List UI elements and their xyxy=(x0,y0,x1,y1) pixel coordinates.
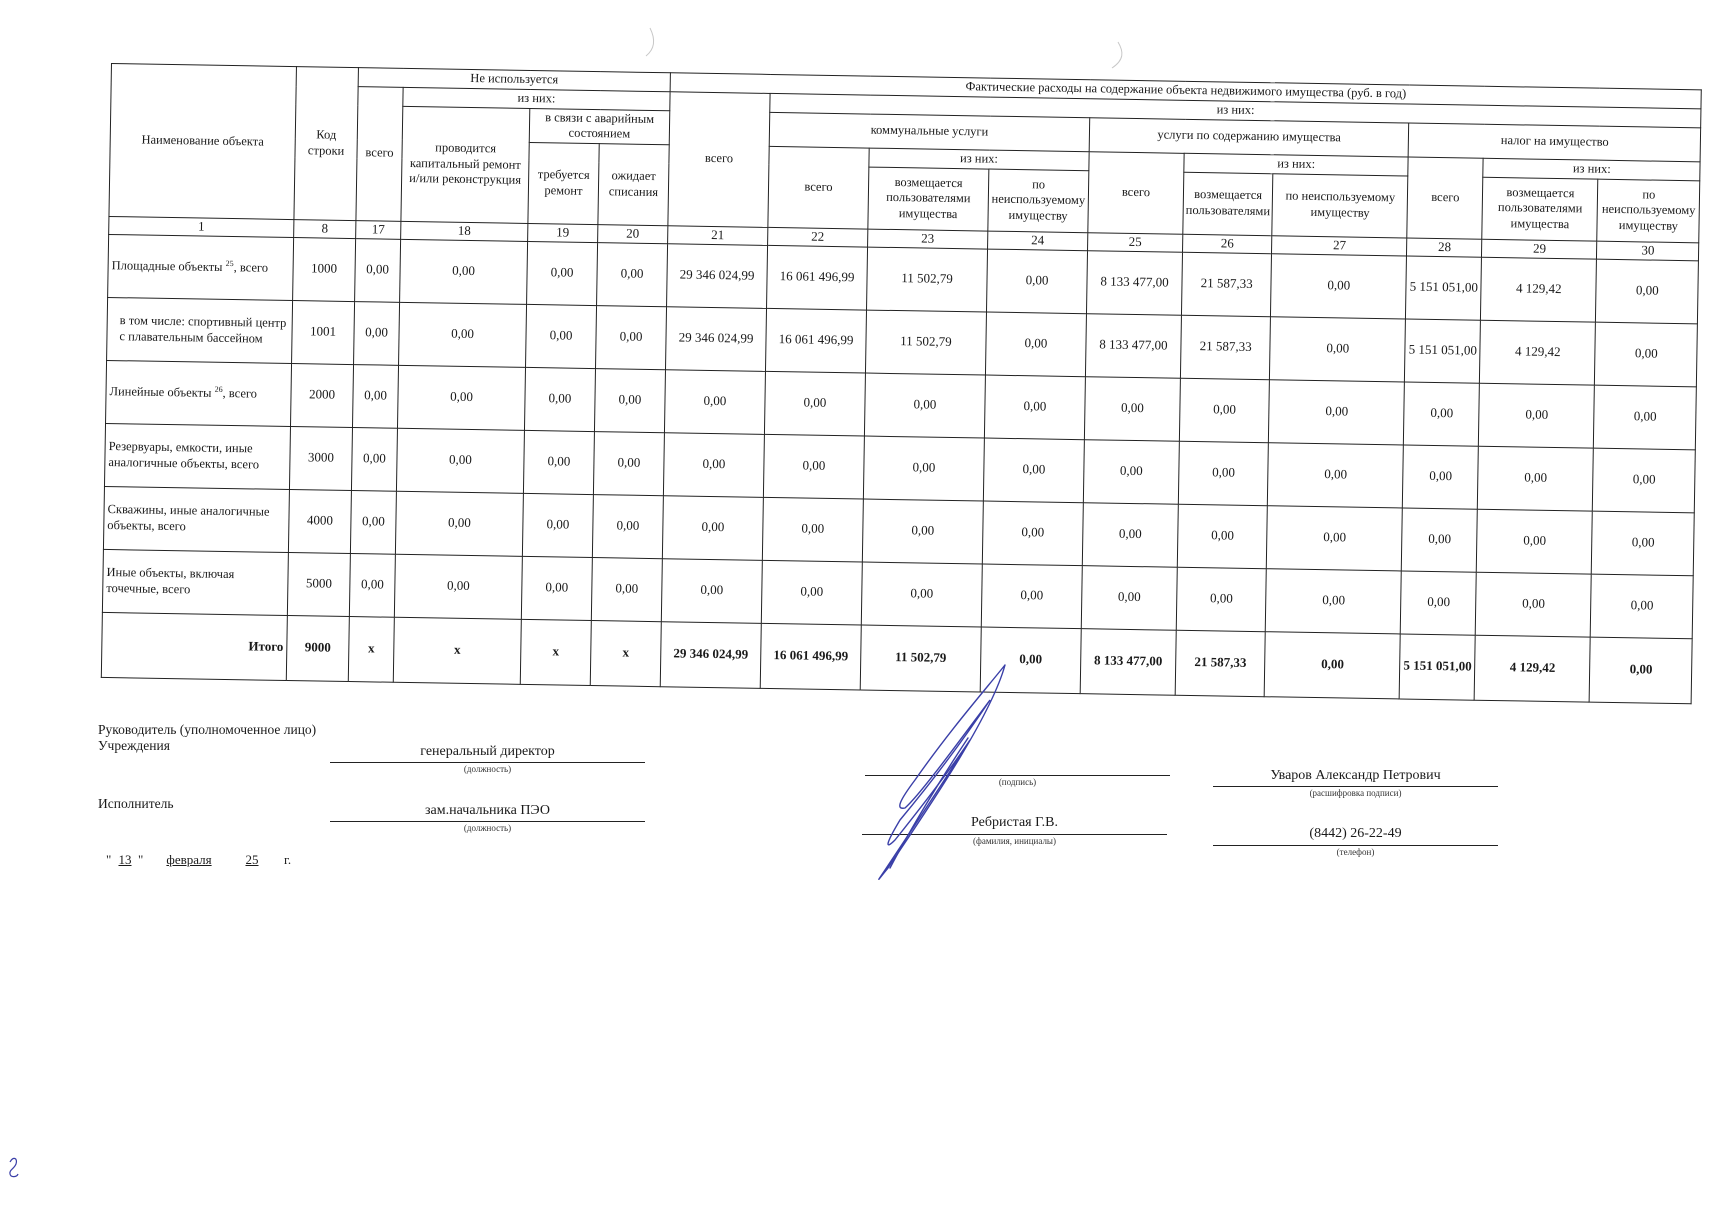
object-name-cell: Резервуары, емкости, иные аналогичные об… xyxy=(104,423,290,489)
value-cell: 0,00 xyxy=(1595,322,1698,387)
executor-phone: (8442) 26-22-49 xyxy=(1213,826,1498,842)
value-cell: 0,00 xyxy=(526,304,597,368)
value-cell: 16 061 496,99 xyxy=(765,308,866,373)
line-code: 5000 xyxy=(287,552,350,616)
value-cell: 0,00 xyxy=(761,560,862,625)
column-number: 26 xyxy=(1183,234,1273,253)
object-name-cell: Скважины, иные аналогичные объекты, всег… xyxy=(103,486,289,552)
line-code: 3000 xyxy=(289,426,352,490)
value-cell: 0,00 xyxy=(662,495,763,560)
head-label-line2: Учреждения xyxy=(98,738,170,754)
object-name: в том числе: спортивный центр с плавател… xyxy=(119,313,286,345)
column-number: 20 xyxy=(598,224,668,243)
column-number: 28 xyxy=(1407,238,1482,257)
value-cell: 0,00 xyxy=(1403,444,1479,508)
executor-name-line xyxy=(862,834,1167,835)
property-expenses-table: Наименование объекта Код строки Не испол… xyxy=(101,63,1702,704)
header-capital-repair: проводится капитальный ремонт и/или реко… xyxy=(401,106,530,223)
header-utilities: коммунальные услуги xyxy=(769,112,1090,152)
header-awaits-writeoff: ожидает списания xyxy=(598,143,669,225)
header-tax-reimbursed: возмещается пользователями имущества xyxy=(1482,177,1598,241)
object-name-suffix: , всего xyxy=(234,260,269,275)
header-costs-total: всего xyxy=(668,92,770,227)
header-utilities-total: всего xyxy=(768,146,869,228)
value-cell: 0,00 xyxy=(1593,448,1696,513)
value-cell: 0,00 xyxy=(763,434,864,499)
value-cell: 0,00 xyxy=(1271,253,1407,318)
total-value-cell: x xyxy=(590,620,661,686)
header-object-name: Наименование объекта xyxy=(109,64,297,220)
value-cell: 0,00 xyxy=(1477,509,1593,574)
object-name-cell: Иные объекты, включая точечные, всего xyxy=(102,549,288,615)
line-code: 4000 xyxy=(288,489,351,553)
value-cell: 0,00 xyxy=(354,301,400,365)
report-table-wrapper: Наименование объекта Код строки Не испол… xyxy=(101,63,1702,704)
object-name-suffix: , всего xyxy=(222,386,257,401)
value-cell: 8 133 477,00 xyxy=(1086,250,1182,315)
total-value-cell: 8 133 477,00 xyxy=(1080,628,1176,695)
value-cell: 0,00 xyxy=(349,553,395,617)
executor-position-line xyxy=(330,821,645,822)
value-cell: 0,00 xyxy=(592,494,663,558)
value-cell: 0,00 xyxy=(661,558,762,623)
value-cell: 5 151 051,00 xyxy=(1406,256,1482,320)
total-value-cell: x xyxy=(520,619,591,685)
header-tax-unused: по неиспользуемому имуществу xyxy=(1597,179,1700,243)
table-body: Площадные объекты 25, всего10000,000,000… xyxy=(101,234,1699,703)
column-number: 24 xyxy=(988,231,1088,251)
value-cell: 0,00 xyxy=(1082,502,1178,567)
value-cell: 0,00 xyxy=(1081,565,1177,630)
total-value-cell: 0,00 xyxy=(1265,631,1401,698)
total-value-cell: 21 587,33 xyxy=(1175,630,1265,696)
value-cell: 29 346 024,99 xyxy=(665,306,766,371)
total-value-cell: 5 151 051,00 xyxy=(1400,633,1476,699)
column-number: 18 xyxy=(401,221,528,241)
header-emergency: в связи с аварийным состоянием xyxy=(529,108,670,145)
head-position-line xyxy=(330,762,645,763)
value-cell: 11 502,79 xyxy=(867,247,988,312)
executor-phone-caption: (телефон) xyxy=(1213,847,1498,857)
column-number: 8 xyxy=(294,219,356,238)
header-tax-total: всего xyxy=(1407,157,1483,239)
executor-name: Ребристая Г.В. xyxy=(862,815,1167,831)
head-position-caption: (должность) xyxy=(330,764,645,774)
value-cell: 21 587,33 xyxy=(1180,315,1270,379)
object-name: Резервуары, емкости, иные аналогичные об… xyxy=(108,439,259,471)
value-cell: 0,00 xyxy=(594,368,665,432)
date-close-quote: " xyxy=(138,852,143,868)
value-cell: 0,00 xyxy=(762,497,863,562)
value-cell: 0,00 xyxy=(1592,511,1695,576)
value-cell: 0,00 xyxy=(1596,259,1699,324)
line-code: 2000 xyxy=(291,363,354,427)
total-value-cell: 0,00 xyxy=(980,627,1081,694)
value-cell: 0,00 xyxy=(983,438,1084,503)
object-name: Иные объекты, включая точечные, всего xyxy=(106,565,234,596)
executor-label: Исполнитель xyxy=(98,796,174,812)
head-name-caption: (расшифровка подписи) xyxy=(1213,788,1498,798)
value-cell: 21 587,33 xyxy=(1181,252,1271,316)
head-signature-caption: (подпись) xyxy=(865,777,1170,787)
column-number: 19 xyxy=(528,223,598,242)
value-cell: 0,00 xyxy=(864,373,985,438)
value-cell: 0,00 xyxy=(1594,385,1697,450)
total-line-code: 9000 xyxy=(286,615,349,681)
value-cell: 0,00 xyxy=(593,431,664,495)
value-cell: 0,00 xyxy=(524,367,595,431)
column-number: 17 xyxy=(356,220,401,239)
head-label-line1: Руководитель (уполномоченное лицо) xyxy=(98,722,316,738)
header-needs-repair: требуется ремонт xyxy=(528,142,599,224)
value-cell: 0,00 xyxy=(522,493,593,557)
value-cell: 29 346 024,99 xyxy=(667,243,768,308)
executor-phone-line xyxy=(1213,845,1498,846)
column-number: 23 xyxy=(868,229,988,249)
header-utilities-reimbursed: возмещается пользователями имущества xyxy=(868,167,989,231)
date-year: 25 xyxy=(240,852,264,868)
header-line-code: Код строки xyxy=(294,67,359,221)
value-cell: 0,00 xyxy=(981,564,1082,629)
head-name-line xyxy=(1213,786,1498,787)
object-name-cell: в том числе: спортивный центр с плавател… xyxy=(107,297,293,363)
total-value-cell: x xyxy=(393,617,521,684)
value-cell: 0,00 xyxy=(1402,507,1478,571)
value-cell: 0,00 xyxy=(355,238,401,302)
value-cell: 0,00 xyxy=(862,499,983,564)
value-cell: 0,00 xyxy=(1268,442,1404,507)
value-cell: 0,00 xyxy=(984,375,1085,440)
value-cell: 0,00 xyxy=(596,305,667,369)
value-cell: 5 151 051,00 xyxy=(1405,319,1481,383)
line-code: 1001 xyxy=(292,300,355,364)
total-value-cell: 4 129,42 xyxy=(1475,635,1591,702)
value-cell: 0,00 xyxy=(352,364,398,428)
header-maintenance-total: всего xyxy=(1088,152,1184,234)
object-name: Площадные объекты xyxy=(112,258,223,274)
value-cell: 16 061 496,99 xyxy=(767,245,868,310)
value-cell: 0,00 xyxy=(397,365,525,430)
total-value-cell: 0,00 xyxy=(1590,637,1693,704)
value-cell: 0,00 xyxy=(591,557,662,621)
header-utilities-unused: по неиспользуемому имуществу xyxy=(988,169,1089,233)
object-name-cell: Линейные объекты 26, всего xyxy=(106,360,292,426)
total-value-cell: x xyxy=(348,616,394,682)
total-label: Итого xyxy=(101,612,287,680)
total-value-cell: 16 061 496,99 xyxy=(760,623,861,690)
value-cell: 0,00 xyxy=(1178,441,1268,505)
value-cell: 0,00 xyxy=(1266,568,1402,633)
column-number: 30 xyxy=(1597,241,1699,261)
value-cell: 0,00 xyxy=(396,428,524,493)
value-cell: 0,00 xyxy=(986,249,1087,314)
value-cell: 0,00 xyxy=(1591,574,1694,639)
executor-name-caption: (фамилия, инициалы) xyxy=(862,836,1167,846)
value-cell: 0,00 xyxy=(1267,505,1403,570)
value-cell: 0,00 xyxy=(395,491,523,556)
value-cell: 0,00 xyxy=(982,501,1083,566)
date-suffix: г. xyxy=(284,852,291,868)
head-position: генеральный директор xyxy=(330,744,645,760)
header-maintenance-reimbursed: возмещается пользователями xyxy=(1183,172,1273,235)
line-code: 1000 xyxy=(293,237,356,301)
value-cell: 0,00 xyxy=(351,427,397,491)
value-cell: 0,00 xyxy=(1269,379,1405,444)
value-cell: 4 129,42 xyxy=(1481,257,1597,322)
value-cell: 0,00 xyxy=(664,369,765,434)
column-number: 29 xyxy=(1482,239,1597,259)
date-open-quote: " xyxy=(106,852,111,868)
value-cell: 0,00 xyxy=(523,430,594,494)
value-cell: 0,00 xyxy=(1084,376,1180,441)
value-cell: 0,00 xyxy=(400,239,528,304)
value-cell: 0,00 xyxy=(863,436,984,501)
value-cell: 0,00 xyxy=(1401,570,1477,634)
value-cell: 0,00 xyxy=(527,241,598,305)
value-cell: 0,00 xyxy=(861,562,982,627)
document-page: Наименование объекта Код строки Не испол… xyxy=(0,0,1718,1205)
value-cell: 0,00 xyxy=(985,312,1086,377)
value-cell: 0,00 xyxy=(521,556,592,620)
value-cell: 0,00 xyxy=(399,302,527,367)
header-tax: налог на имущество xyxy=(1409,123,1702,162)
value-cell: 8 133 477,00 xyxy=(1085,313,1181,378)
object-name: Линейные объекты xyxy=(109,384,211,400)
object-name-cell: Площадные объекты 25, всего xyxy=(108,234,294,300)
column-number: 22 xyxy=(768,227,868,247)
table-header: Наименование объекта Код строки Не испол… xyxy=(109,64,1702,261)
column-number: 27 xyxy=(1272,235,1407,255)
value-cell: 11 502,79 xyxy=(865,310,986,375)
total-value-cell: 29 346 024,99 xyxy=(660,621,761,688)
head-signature-line xyxy=(865,775,1170,776)
header-maintenance-unused: по неиспользуемому имуществу xyxy=(1272,173,1408,237)
value-cell: 0,00 xyxy=(1179,378,1269,442)
value-cell: 0,00 xyxy=(1270,316,1406,381)
column-number: 25 xyxy=(1088,232,1183,252)
value-cell: 0,00 xyxy=(663,432,764,497)
object-name: Скважины, иные аналогичные объекты, всег… xyxy=(107,502,269,533)
value-cell: 0,00 xyxy=(1177,504,1267,568)
value-cell: 0,00 xyxy=(350,490,396,554)
column-number: 21 xyxy=(668,225,768,245)
value-cell: 4 129,42 xyxy=(1480,320,1596,385)
value-cell: 0,00 xyxy=(1176,567,1266,631)
executor-position-caption: (должность) xyxy=(330,823,645,833)
value-cell: 0,00 xyxy=(394,554,522,619)
value-cell: 0,00 xyxy=(764,371,865,436)
date-month: февраля xyxy=(146,852,232,868)
value-cell: 0,00 xyxy=(597,242,668,306)
value-cell: 0,00 xyxy=(1478,446,1594,511)
header-maintenance: услуги по содержанию имущества xyxy=(1089,117,1409,157)
head-name: Уваров Александр Петрович xyxy=(1213,768,1498,784)
header-not-used-total: всего xyxy=(356,87,403,221)
value-cell: 0,00 xyxy=(1404,381,1480,445)
value-cell: 0,00 xyxy=(1476,572,1592,637)
date-day: 13 xyxy=(114,852,136,868)
footnote-marker: 25 xyxy=(226,259,234,268)
total-value-cell: 11 502,79 xyxy=(860,625,981,692)
value-cell: 0,00 xyxy=(1083,439,1179,504)
executor-position: зам.начальника ПЭО xyxy=(330,803,645,819)
value-cell: 0,00 xyxy=(1479,383,1595,448)
footnote-marker: 26 xyxy=(215,385,223,394)
